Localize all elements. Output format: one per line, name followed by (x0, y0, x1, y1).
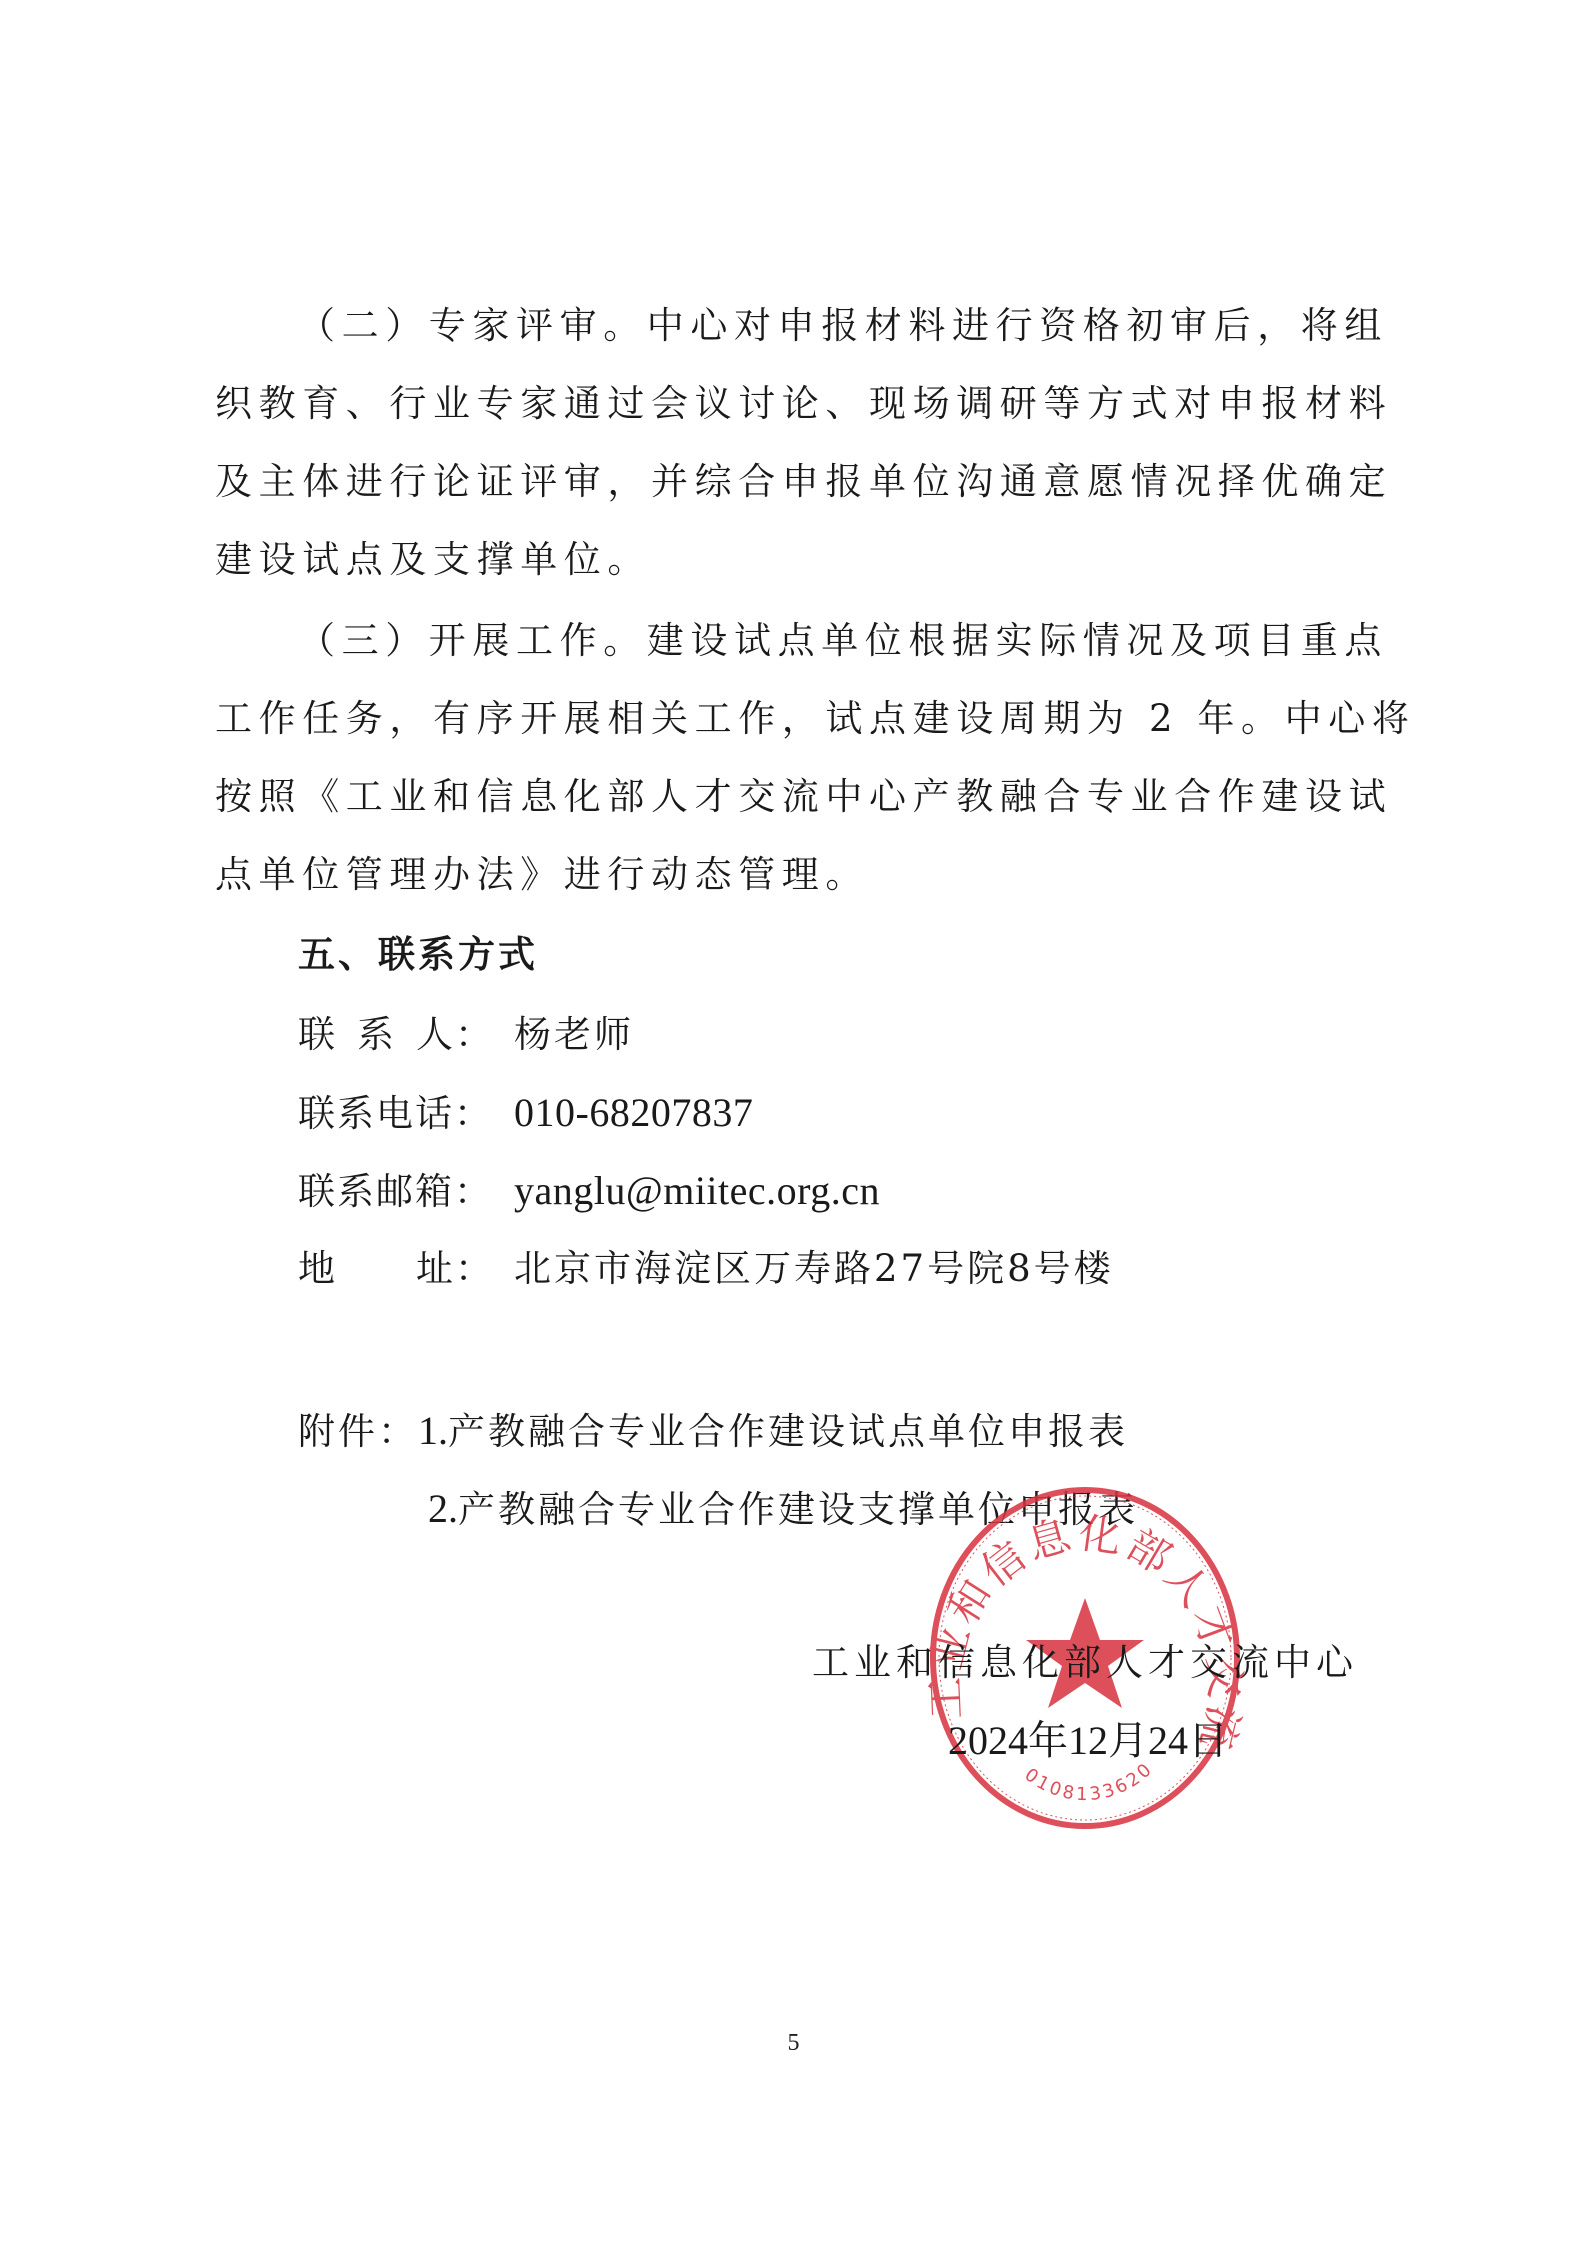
attachment-number: 1. (418, 1408, 448, 1453)
contact-person-row: 联 系 人： 杨老师 (298, 1012, 634, 1058)
attachment-row-1: 附件：1.产教融合专业合作建设试点单位申报表 (298, 1408, 1128, 1455)
contact-email-value[interactable]: yanglu@miitec.org.cn (514, 1168, 880, 1214)
contact-address-value: 北京市海淀区万寿路27号院8号楼 (514, 1246, 1114, 1292)
attachments-label: 附件： (298, 1410, 418, 1453)
label-char: 址： (416, 1246, 494, 1292)
paragraph-work-launch-line-4: 点单位管理办法》进行动态管理。 (215, 852, 1395, 898)
paragraph-expert-review-line-3: 及主体进行论证评审，并综合申报单位沟通意愿情况择优确定 (215, 459, 1395, 505)
page-number: 5 (0, 2030, 1587, 2057)
attachment-title: 产教融合专业合作建设试点单位申报表 (448, 1410, 1128, 1453)
paragraph-work-launch-line-3: 按照《工业和信息化部人才交流中心产教融合专业合作建设试 (215, 774, 1395, 820)
svg-text:0108133620: 0108133620 (1021, 1758, 1158, 1805)
contact-person-label: 联 系 人： (298, 1012, 494, 1058)
contact-address-label: 地 址： (298, 1246, 494, 1292)
contact-person-value: 杨老师 (514, 1012, 634, 1058)
issuer-organization: 工业和信息化部人才交流中心 (812, 1640, 1358, 1686)
document-page: （二）专家评审。中心对申报材料进行资格初审后，将组 织教育、行业专家通过会议讨论… (0, 0, 1587, 2244)
attachment-number: 2. (428, 1486, 458, 1531)
contact-phone-value: 010-68207837 (514, 1090, 753, 1136)
contact-address-row: 地 址： 北京市海淀区万寿路27号院8号楼 (298, 1246, 1114, 1292)
label-char: 联 (298, 1012, 337, 1058)
contact-email-label: 联系邮箱： (298, 1169, 514, 1215)
paragraph-expert-review-line-1: （二）专家评审。中心对申报材料进行资格初审后，将组 (298, 303, 1478, 349)
label-char: 地 (298, 1246, 337, 1292)
paragraph-work-launch-line-2: 工作任务，有序开展相关工作，试点建设周期为 2 年。中心将 (215, 696, 1395, 742)
label-char: 人： (416, 1012, 494, 1058)
issue-date: 2024年12月24日 (948, 1718, 1228, 1764)
paragraph-expert-review-line-2: 织教育、行业专家通过会议讨论、现场调研等方式对申报材料 (215, 381, 1395, 427)
contact-email-row: 联系邮箱： yanglu@miitec.org.cn (298, 1168, 880, 1215)
contact-phone-row: 联系电话： 010-68207837 (298, 1090, 753, 1137)
contact-phone-label: 联系电话： (298, 1091, 514, 1137)
paragraph-expert-review-line-4: 建设试点及支撑单位。 (215, 537, 1395, 583)
contact-section-heading: 五、联系方式 (298, 932, 1478, 978)
paragraph-work-launch-line-1: （三）开展工作。建设试点单位根据实际情况及项目重点 (298, 618, 1478, 664)
label-char: 系 (357, 1012, 396, 1058)
